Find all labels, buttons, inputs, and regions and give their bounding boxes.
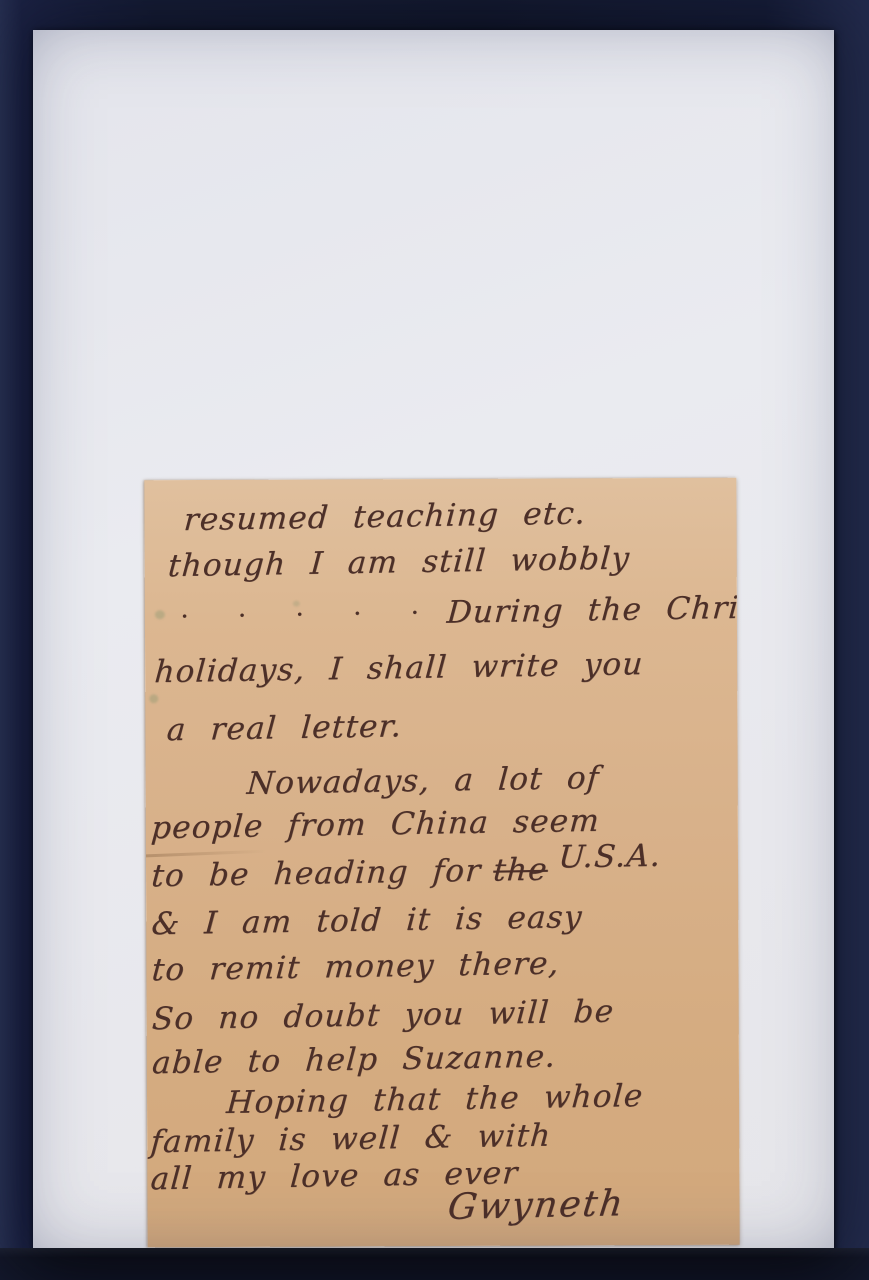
handwriting-text: to be heading for (150, 853, 482, 894)
scan-background: resumed teaching etc. though I am still … (0, 0, 869, 1280)
handwriting-line: to remit money there, (151, 946, 561, 989)
handwriting-line: resumed teaching etc. (183, 495, 588, 538)
handwriting-line: to be heading fortheU.S.A. (150, 850, 662, 894)
ellipsis-dots: · · · · · (179, 598, 434, 632)
letter-paper: resumed teaching etc. though I am still … (144, 478, 739, 1248)
scanner-edge-strip (0, 1248, 869, 1280)
handwriting-line: Hoping that the whole (225, 1078, 645, 1121)
raised-word: U.S.A. (557, 838, 662, 876)
handwriting-line: holidays, I shall write you (153, 646, 645, 690)
handwriting-line: though I am still wobbly (167, 541, 632, 585)
handwriting-text: During the Christmas (446, 588, 740, 630)
strikethrough-word: the (492, 852, 549, 889)
handwriting-line: · · · · ·During the Christmas (179, 588, 740, 635)
handwriting-line: So no doubt you will be (151, 994, 616, 1038)
paper-stain (155, 610, 165, 619)
handwriting-line: able to help Suzanne. (151, 1039, 558, 1082)
handwriting-line: a real letter. (165, 708, 403, 748)
handwriting-line: & I am told it is easy (150, 899, 584, 942)
paper-stain (149, 694, 158, 703)
handwriting-line: people from China seem (150, 803, 601, 846)
handwriting-line: family is well & with (149, 1118, 552, 1161)
signature: Gwyneth (446, 1183, 627, 1228)
handwriting-line: Nowadays, a lot of (246, 760, 601, 802)
